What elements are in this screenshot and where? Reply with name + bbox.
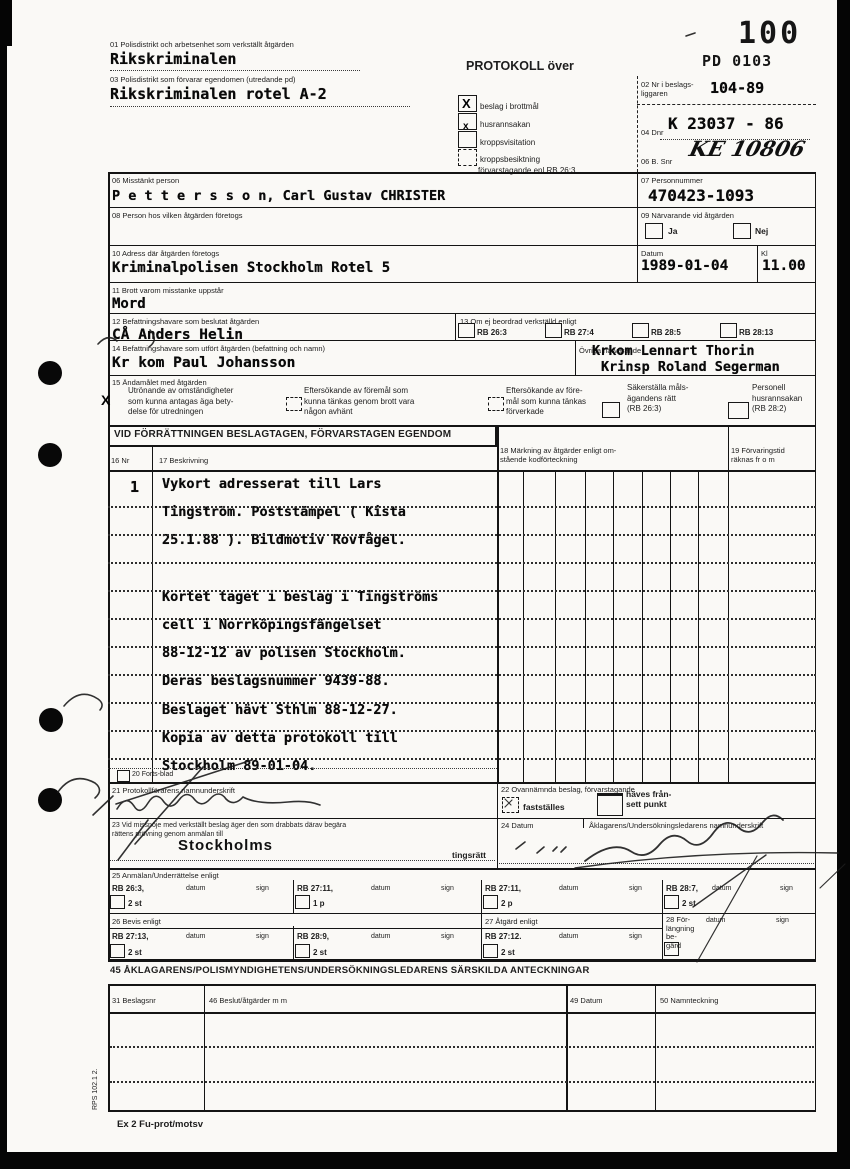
checkbox-purpose-3 — [488, 397, 504, 411]
rule — [108, 984, 816, 986]
f26-cell2-rb: RB 28:9, — [297, 932, 329, 941]
f26-cell1-sign: sign — [256, 932, 269, 941]
rule — [108, 730, 816, 732]
form-reference: RPS 102.1 2. — [92, 1068, 99, 1110]
rule — [662, 913, 663, 960]
column46-header: 46 Beslut/åtgärder m m — [209, 996, 287, 1005]
checkbox-f26-2 — [295, 944, 310, 958]
rule — [110, 1046, 814, 1048]
rule — [815, 984, 816, 1112]
protokoll-option-2: husrannsakan — [480, 120, 530, 129]
column19-header: 19 Förvaringstid räknas fr o m — [731, 446, 785, 464]
rule — [566, 984, 568, 1112]
field10-value: Kriminalpolisen Stockholm Rotel 5 — [112, 260, 390, 276]
checkbox-f25-2 — [295, 895, 310, 909]
rule — [108, 172, 110, 962]
rule — [108, 768, 497, 769]
field14-label: 14 Befattningshavare som utfört åtgärden… — [112, 344, 325, 353]
column49-header: 49 Datum — [570, 996, 603, 1005]
rule — [481, 928, 662, 929]
rule — [585, 470, 586, 782]
field08-label: 08 Person hos vilken åtgärden företogs — [112, 211, 243, 220]
f25-cell2-qty: 1 p — [313, 899, 325, 908]
rule — [108, 1110, 816, 1112]
haves-label: häves från- sett punkt — [626, 789, 671, 809]
rule — [110, 1081, 814, 1083]
scan-edge-left — [0, 0, 7, 1169]
rule — [108, 562, 816, 564]
rule — [108, 674, 816, 676]
ovriga-narvarande-1: Krkom Lennart Thorin — [592, 343, 755, 359]
field27-label: 27 Åtgärd enligt — [485, 917, 538, 926]
field02-value: 104-89 — [710, 79, 764, 97]
checkbox-f25-1 — [110, 895, 125, 909]
field06-label: 06 Misstänkt person — [112, 176, 179, 185]
rule — [293, 880, 294, 913]
rule — [110, 106, 410, 107]
column18-header: 18 Märkning av åtgärder enligt om- ståen… — [500, 446, 616, 464]
checkbox-nej — [733, 223, 751, 239]
rule — [108, 282, 816, 283]
f25-cell4-sign: sign — [780, 884, 793, 893]
rule — [293, 926, 294, 960]
field10-label: 10 Adress där åtgärden företogs — [112, 249, 219, 258]
copy-note: Ex 2 Fu-prot/motsv — [117, 1120, 203, 1129]
rule — [108, 984, 110, 1112]
section45-title: 45 ÅKLAGARENS/POLISMYNDIGHETENS/UNDERSÖK… — [110, 966, 590, 975]
rule — [670, 470, 671, 782]
f26-cell1-qty: 2 st — [128, 948, 142, 957]
rule — [108, 534, 816, 536]
f25-cell3-datum: datum — [559, 884, 578, 893]
field11-value: Mord — [112, 296, 146, 312]
f27-rb: RB 27:12. — [485, 932, 521, 941]
column31-header: 31 Beslagsnr — [112, 996, 156, 1005]
rule — [108, 245, 816, 246]
rule — [108, 375, 816, 376]
rule — [698, 470, 699, 782]
rule — [455, 313, 456, 340]
rule — [497, 782, 498, 868]
rule — [108, 818, 497, 819]
f27-sign: sign — [629, 932, 642, 941]
rule — [655, 984, 656, 1112]
field12-label: 12 Befattningshavare som beslutat åtgärd… — [112, 317, 259, 326]
rule — [204, 984, 205, 1112]
rule — [637, 172, 638, 282]
field06b-label: 06 B. Snr — [641, 157, 672, 166]
scan-edge-right — [837, 0, 850, 1169]
rule — [815, 172, 816, 962]
f25-cell1-qty: 2 st — [128, 899, 142, 908]
rule — [108, 506, 816, 508]
field07-value: 470423-1093 — [648, 186, 754, 205]
rule — [108, 702, 816, 704]
rule — [108, 207, 816, 208]
rule — [108, 618, 816, 620]
kl-label: Kl — [761, 249, 768, 258]
scan-edge-corner — [0, 0, 12, 46]
f25-cell4-rb: RB 28:7, — [666, 884, 698, 893]
rule — [108, 470, 816, 472]
rule — [481, 913, 482, 960]
checkbox-x-mark: X — [462, 96, 471, 111]
f25-cell4-datum: datum — [712, 884, 731, 893]
checkbox-f28 — [664, 942, 679, 956]
field01-value: Rikskriminalen — [110, 50, 236, 68]
rule — [108, 913, 816, 914]
field23-value: Stockholms — [178, 837, 273, 854]
field21-label: 21 Protokollförarens namnunderskrift — [112, 786, 235, 795]
field06b-handwritten-value: KE 10806 — [687, 136, 808, 161]
field06-value: P e t t e r s s o n, Carl Gustav CHRISTE… — [112, 188, 445, 204]
checkbox-purpose-5 — [728, 402, 749, 419]
column50-header: 50 Namnteckning — [660, 996, 718, 1005]
rule — [108, 1012, 816, 1014]
rule — [497, 818, 816, 819]
f25-cell4-qty: 2 st — [682, 899, 696, 908]
field04-value: K 23037 - 86 — [668, 114, 784, 133]
checkbox-kroppsbesiktning — [458, 149, 477, 166]
punch-hole — [38, 361, 62, 385]
rule — [110, 860, 495, 861]
item-description: Vykort adresserat till LarsTingström. Po… — [162, 476, 494, 786]
f25-cell3-sign: sign — [629, 884, 642, 893]
purpose-option-2: Eftersökande av föremål som kunna tänkas… — [304, 386, 414, 418]
f25-cell1-sign: sign — [256, 884, 269, 893]
rule — [108, 313, 816, 314]
protokoll-option-3: kroppsvisitation — [480, 138, 535, 147]
field11-label: 11 Brott varom misstanke uppstår — [112, 286, 224, 295]
purpose-option-4: Säkerställa måls- ägandens rätt (RB 26:3… — [627, 383, 688, 415]
field07-label: 07 Personnummer — [641, 176, 703, 185]
f28-sign: sign — [776, 916, 789, 925]
checkbox-purpose-4 — [602, 402, 620, 418]
checkbox-f27 — [483, 944, 498, 958]
f25-cell2-datum: datum — [371, 884, 390, 893]
rule — [613, 470, 614, 782]
punch-hole — [38, 788, 62, 812]
datum-label: Datum — [641, 249, 663, 258]
checkbox-f26-1 — [110, 944, 125, 958]
field09-label: 09 Närvarande vid åtgärden — [641, 211, 734, 220]
protokoll-title: PROTOKOLL över — [466, 62, 574, 71]
page-stamp-number: 100 — [738, 16, 801, 51]
checkbox-haves — [597, 793, 623, 816]
datum-value: 1989-01-04 — [641, 258, 728, 274]
f25-cell3-rb: RB 27:11, — [485, 884, 521, 893]
checkbox-kroppsvisitation — [458, 131, 477, 148]
field24-sign-label: Åklagarens/Undersökningsledarens namnund… — [589, 821, 763, 830]
field26-label: 26 Bevis enligt — [112, 917, 161, 926]
rb-28-13-label: RB 28:13 — [739, 328, 773, 337]
f25-cell2-sign: sign — [441, 884, 454, 893]
rule — [728, 425, 729, 782]
purpose-option-1: Utrönande av omständigheter som kunna an… — [128, 386, 233, 418]
field01-label: 01 Polisdistrikt och arbetsenhet som ver… — [110, 40, 294, 49]
scan-edge-bottom — [0, 1152, 850, 1169]
f25-cell3-qty: 2 p — [501, 899, 513, 908]
checkbox-purpose-2 — [286, 397, 302, 411]
punch-hole — [38, 443, 62, 467]
rule — [110, 70, 360, 71]
rule — [499, 863, 814, 864]
field03-label: 03 Polisdistrikt som förvarar egendomen … — [110, 75, 296, 84]
rb-26-3-label: RB 26:3 — [477, 328, 507, 337]
rule — [108, 758, 816, 760]
rule — [108, 340, 816, 341]
field03-value: Rikskriminalen rotel A-2 — [110, 85, 327, 103]
protokoll-option-4: kroppsbesiktning — [480, 155, 540, 164]
checkbox-rb-27-4 — [545, 323, 562, 338]
rule — [575, 340, 576, 375]
checkbox-rb-26-3 — [458, 323, 475, 338]
rule — [108, 868, 816, 870]
rb-28-5-label: RB 28:5 — [651, 328, 681, 337]
purpose-option-3: Eftersökande av före- mål som kunna tänk… — [506, 386, 586, 418]
rule — [108, 959, 816, 962]
purpose-x-mark: X — [101, 392, 110, 408]
f26-cell2-qty: 2 st — [313, 948, 327, 957]
rule — [108, 172, 816, 174]
rule — [583, 818, 584, 828]
rule — [108, 646, 816, 648]
scanned-police-protocol: 01 Polisdistrikt och arbetsenhet som ver… — [0, 0, 850, 1169]
tingsratt-label: tingsrätt — [452, 851, 486, 860]
punch-hole — [39, 708, 63, 732]
faststalles-label: fastställes — [523, 803, 565, 812]
kl-value: 11.00 — [762, 258, 806, 274]
f28-datum: datum — [706, 916, 725, 925]
rule — [662, 880, 663, 913]
field04-label: 04 Dnr — [641, 128, 664, 137]
checkbox-ja — [645, 223, 663, 239]
purpose-option-5: Personell husrannsakan (RB 28:2) — [752, 383, 802, 415]
column16-header: 16 Nr — [111, 456, 129, 465]
f26-cell1-rb: RB 27:13, — [112, 932, 148, 941]
checkbox-fortsblad — [117, 770, 130, 782]
f27-datum: datum — [559, 932, 578, 941]
rule — [642, 470, 643, 782]
f25-cell1-datum: datum — [186, 884, 205, 893]
field24-label: 24 Datum — [501, 821, 534, 830]
column17-header: 17 Beskrivning — [159, 456, 208, 465]
protokoll-option-1: beslag i brottmål — [480, 102, 539, 111]
form-code: PD 0103 — [702, 52, 772, 70]
checkbox-rb-28-13 — [720, 323, 737, 338]
rule — [637, 104, 816, 105]
item-number: 1 — [130, 478, 139, 496]
rule — [481, 880, 482, 913]
field14-value: Kr kom Paul Johansson — [112, 355, 295, 371]
f25-cell2-rb: RB 27:11, — [297, 884, 333, 893]
checkbox-rb-28-5 — [632, 323, 649, 338]
checkbox-f25-3 — [483, 895, 498, 909]
field09-nej-label: Nej — [755, 227, 768, 236]
f26-cell2-datum: datum — [371, 932, 390, 941]
rule — [108, 782, 816, 784]
f27-qty: 2 st — [501, 948, 515, 957]
rule — [108, 590, 816, 592]
rule — [497, 425, 499, 782]
checkbox-faststalles — [502, 797, 519, 813]
field02-label: 02 Nr i beslags- liggaren — [641, 80, 701, 98]
rb-27-4-label: RB 27:4 — [564, 328, 594, 337]
field25-label: 25 Anmälan/Underrättelse enligt — [112, 871, 219, 880]
f26-cell2-sign: sign — [441, 932, 454, 941]
f25-cell1-rb: RB 26:3, — [112, 884, 144, 893]
checkbox-f25-4 — [664, 895, 679, 909]
rule — [555, 470, 556, 782]
field09-ja-label: Ja — [668, 227, 677, 236]
rule — [523, 470, 524, 782]
table-title: VID FÖRRÄTTNINGEN BESLAGTAGEN, FÖRVARSTA… — [114, 430, 451, 439]
field20-label: 20 Forts-blad — [132, 770, 173, 779]
f26-cell1-datum: datum — [186, 932, 205, 941]
rule — [108, 928, 481, 929]
rule — [757, 245, 758, 282]
rule — [637, 76, 638, 172]
ovriga-narvarande-2: Krinsp Roland Segerman — [601, 359, 780, 375]
